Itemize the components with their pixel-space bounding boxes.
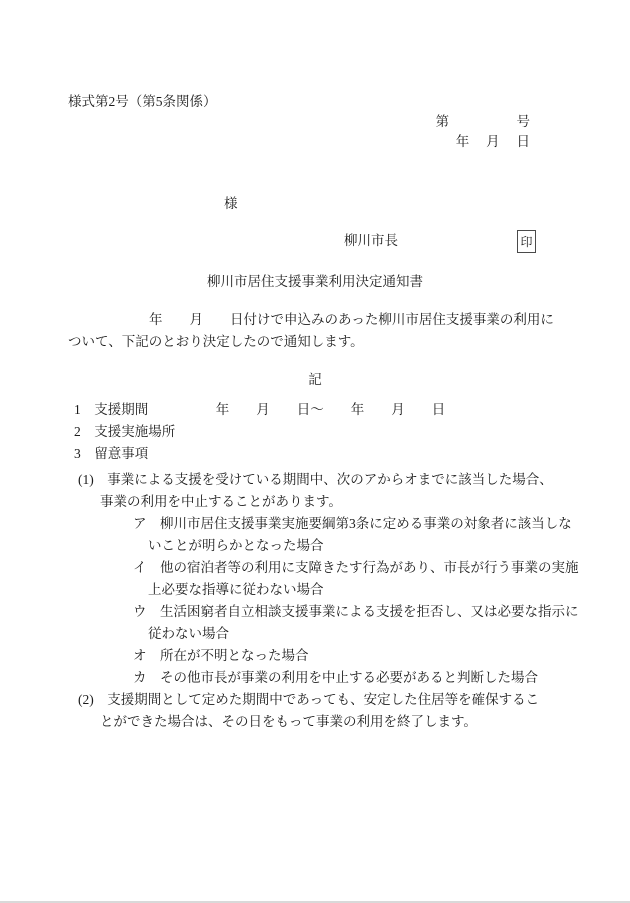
note1-line1: (1) 事業による支援を受けている期間中、次のアからオまでに該当した場合、 bbox=[78, 470, 553, 490]
document-title: 柳川市居住支援事業利用決定通知書 bbox=[0, 272, 630, 292]
note1-sub-o: オ 所在が不明となった場合 bbox=[133, 646, 309, 666]
note1-sub-u-line1: ウ 生活困窮者自立相談支援事業による支援を拒否し、又は必要な指示に bbox=[133, 602, 579, 622]
note2-line2: とができた場合は、その日をもって事業の利用を終了します。 bbox=[100, 712, 477, 732]
issue-date-line: 年 月 日 bbox=[456, 132, 530, 152]
note1-sub-i-line2: 上必要な指導に従わない場合 bbox=[148, 580, 324, 600]
document-number-line: 第 号 bbox=[436, 112, 531, 132]
item-notes-heading: 3 留意事項 bbox=[74, 444, 148, 464]
note1-sub-u-line2: 従わない場合 bbox=[148, 624, 229, 644]
item-support-location: 2 支援実施場所 bbox=[74, 422, 175, 442]
item-support-period: 1 支援期間 年 月 日～ 年 月 日 bbox=[74, 400, 445, 420]
note1-sub-a-line1: ア 柳川市居住支援事業実施要綱第3条に定める事業の対象者に該当しな bbox=[133, 514, 572, 534]
note1-sub-a-line2: いことが明らかとなった場合 bbox=[148, 536, 324, 556]
body-paragraph-line2: ついて、下記のとおり決定したので通知します。 bbox=[68, 332, 364, 352]
note1-line2: 事業の利用を中止することがあります。 bbox=[100, 492, 342, 512]
document-page: 様式第2号（第5条関係） 第 号 年 月 日 様 柳川市長 印 柳川市居住支援事… bbox=[0, 0, 630, 903]
record-mark: 記 bbox=[0, 370, 630, 390]
note2-line1: (2) 支援期間として定めた期間中であっても、安定した住居等を確保するこ bbox=[78, 690, 539, 710]
seal-box: 印 bbox=[517, 230, 536, 253]
form-number-label: 様式第2号（第5条関係） bbox=[68, 92, 217, 112]
note1-sub-i-line1: イ 他の宿泊者等の利用に支障きたす行為があり、市長が行う事業の実施 bbox=[133, 558, 579, 578]
body-paragraph-line1: 年 月 日付けで申込みのあった柳川市居住支援事業の利用に bbox=[68, 310, 554, 330]
sender-name: 柳川市長 bbox=[344, 231, 398, 251]
note1-sub-ka: カ その他市長が事業の利用を中止する必要があると判断した場合 bbox=[133, 668, 538, 688]
addressee-suffix: 様 bbox=[224, 194, 238, 214]
